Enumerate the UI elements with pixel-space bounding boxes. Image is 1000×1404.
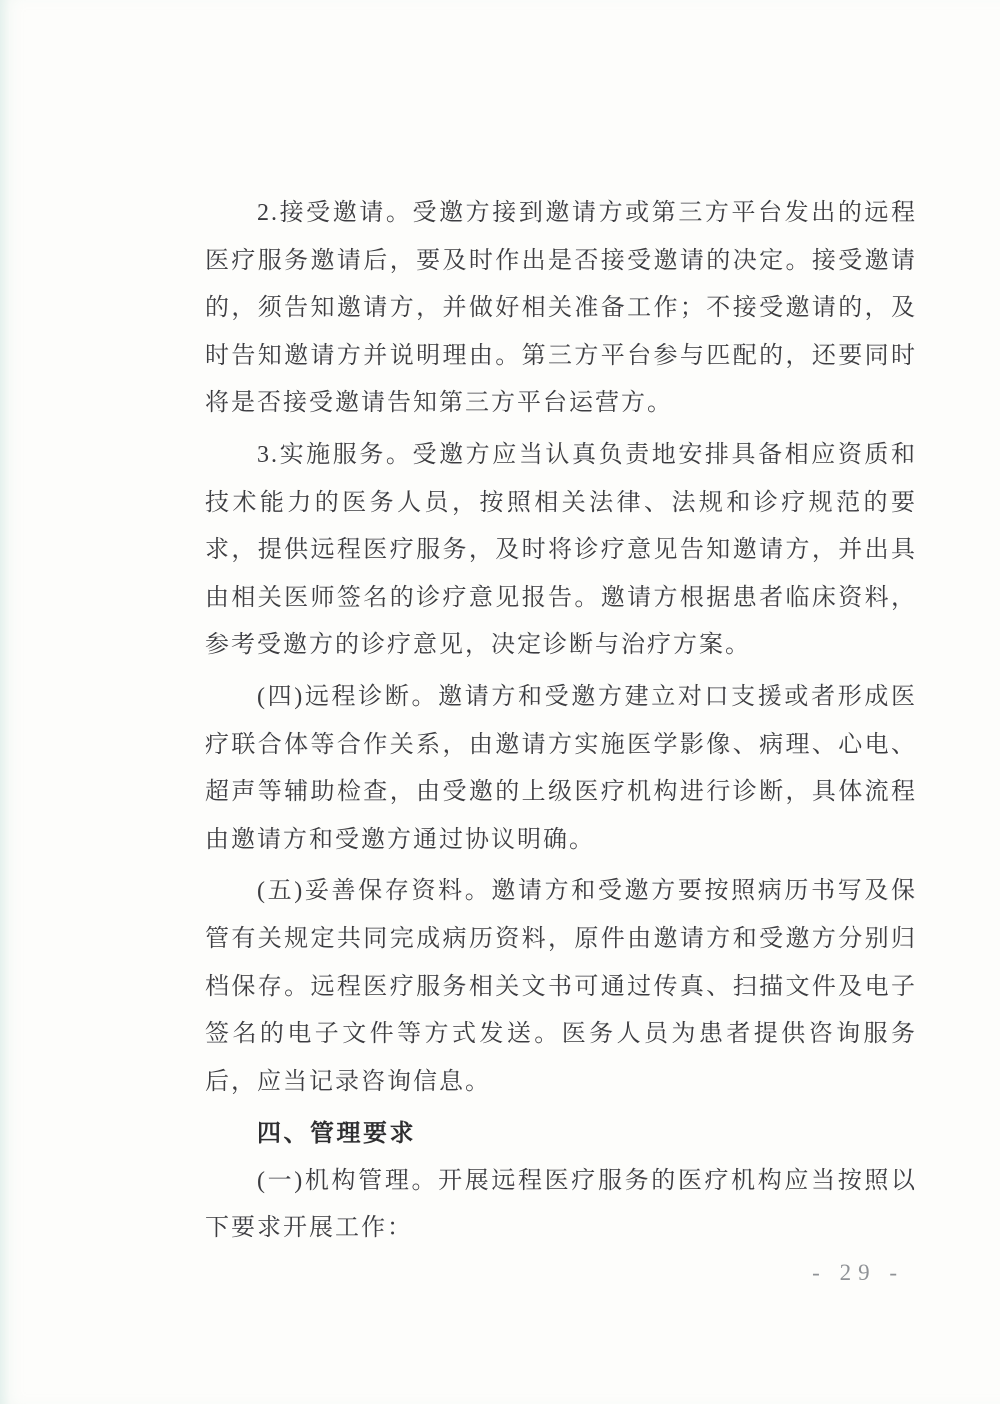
paragraph-preserve-records: (五)妥善保存资料。邀请方和受邀方要按照病历书写及保管有关规定共同完成病历资料，… (205, 868, 917, 1106)
page-number: - 29 - (812, 1256, 904, 1290)
paragraph-remote-diagnosis: (四)远程诊断。邀请方和受邀方建立对口支援或者形成医疗联合体等合作关系，由邀请方… (205, 674, 917, 864)
paragraph-institution-management: (一)机构管理。开展远程医疗服务的医疗机构应当按照以下要求开展工作： (205, 1158, 917, 1253)
paragraph-accept-invitation: 2.接受邀请。受邀方接到邀请方或第三方平台发出的远程医疗服务邀请后，要及时作出是… (205, 190, 917, 428)
document-page: 2.接受邀请。受邀方接到邀请方或第三方平台发出的远程医疗服务邀请后，要及时作出是… (0, 0, 1000, 1404)
paragraph-implement-service: 3.实施服务。受邀方应当认真负责地安排具备相应资质和技术能力的医务人员，按照相关… (205, 432, 917, 670)
document-body: 2.接受邀请。受邀方接到邀请方或第三方平台发出的远程医疗服务邀请后，要及时作出是… (205, 190, 917, 1253)
scan-edge-tint (0, 0, 10, 1404)
heading-management-requirements: 四、管理要求 (205, 1110, 917, 1158)
